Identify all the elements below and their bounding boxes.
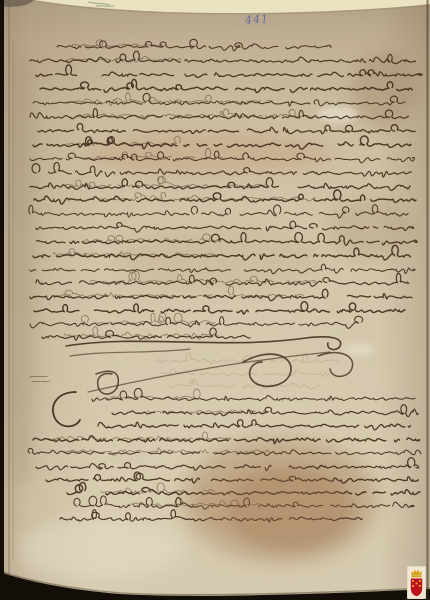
crown-band: [412, 576, 422, 577]
murcia-coat-of-arms-logo: [407, 566, 426, 599]
manuscript-page: [3, 0, 430, 600]
folio-number: 441: [245, 12, 270, 27]
manuscript-scan: 441: [0, 0, 430, 600]
